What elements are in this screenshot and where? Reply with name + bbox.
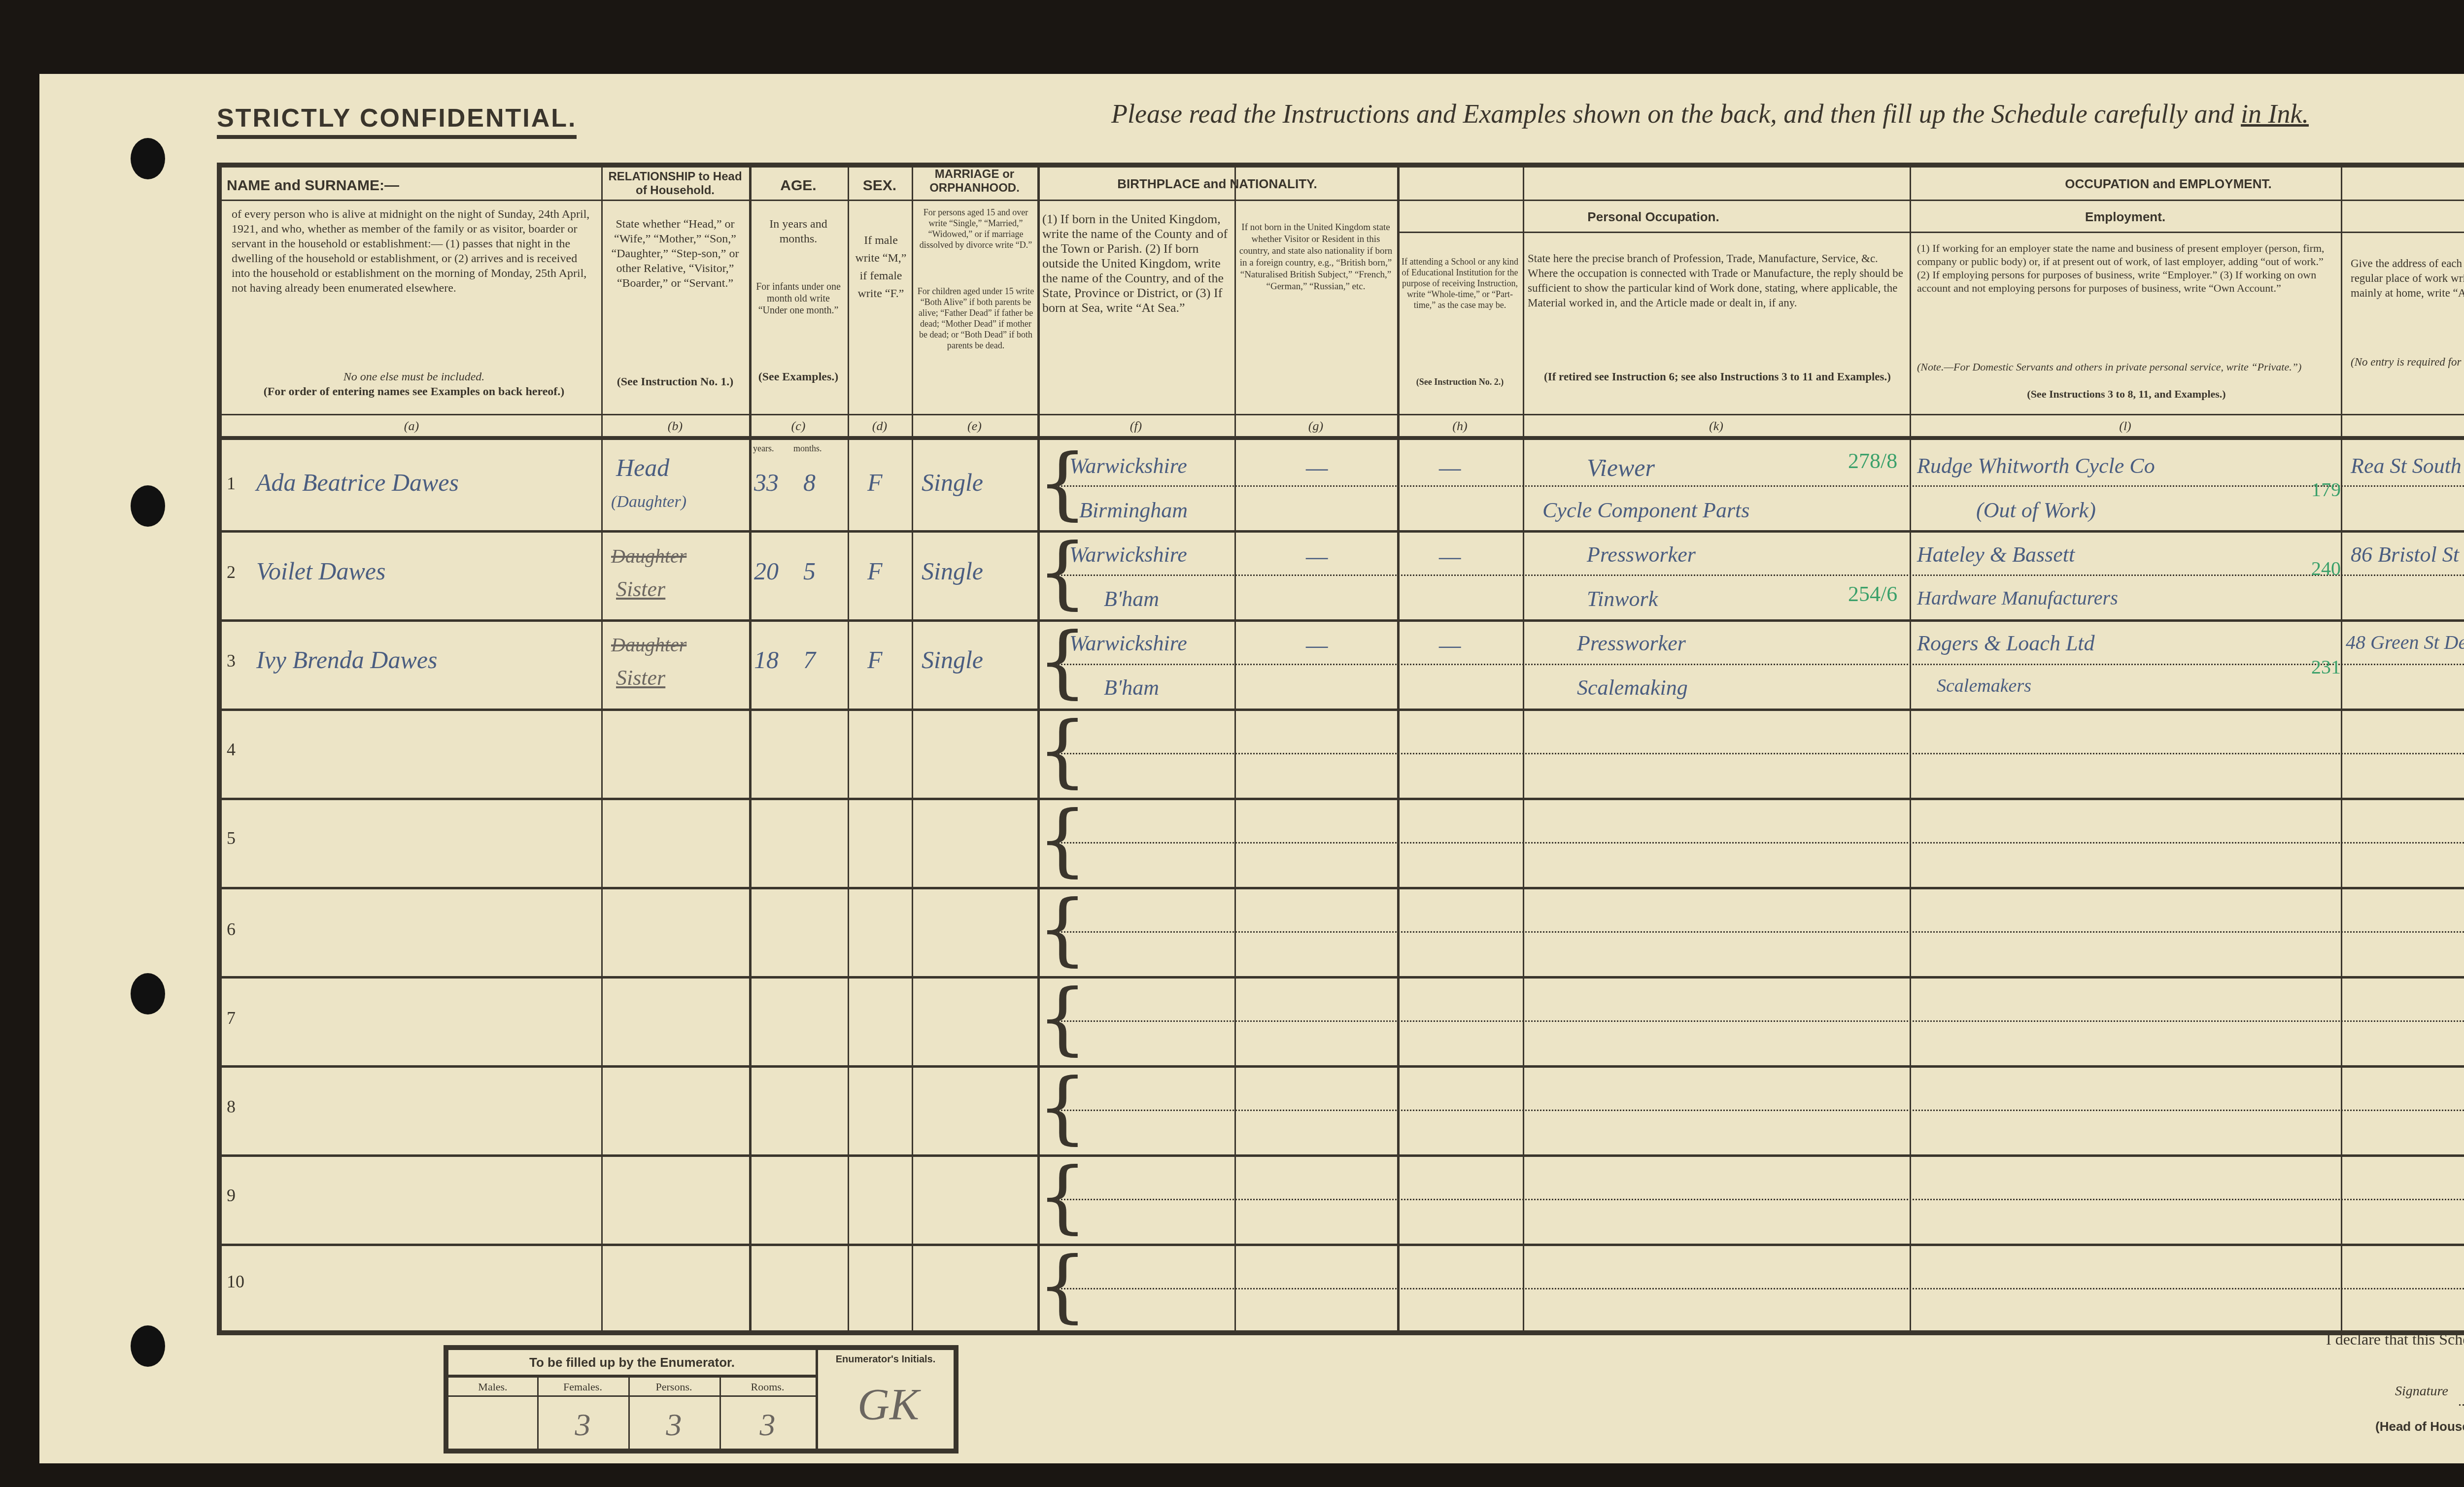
school-column-footer: (See Instruction No. 2.) — [1400, 374, 1520, 389]
initials-label: Enumerator's Initials. — [819, 1354, 952, 1365]
row-number: 10 — [227, 1271, 244, 1292]
personal-occupation-title: Personal Occupation. — [1400, 209, 1907, 225]
occupation-line-1: Viewer — [1587, 453, 1655, 482]
rooms-label: Rooms. — [719, 1381, 816, 1393]
place-of-work-note: (No entry is required for any person who… — [2351, 355, 2464, 370]
personal-occupation-footer: (If retired see Instruction 6; see also … — [1528, 370, 1907, 384]
occupation-code: 278/8 — [1848, 448, 1897, 473]
school-column-instructions: If attending a School or any kind of Edu… — [1400, 256, 1520, 310]
sex-column-instructions: If male write “M,” if female write “F.” — [853, 232, 909, 303]
employment-instructions: (1) If working for an employer state the… — [1917, 241, 2336, 295]
signature-note: (Head of Household, Manager of Establish… — [2375, 1419, 2464, 1434]
sex-value: F — [867, 557, 883, 585]
birthplace-county: Warwickshire — [1069, 631, 1187, 656]
row-number: 2 — [227, 562, 236, 582]
nationality-value: — — [1306, 542, 1328, 571]
employer-line-2: Scalemakers — [1937, 675, 2031, 697]
persons-label: Persons. — [628, 1381, 719, 1393]
birthplace-county: Warwickshire — [1069, 542, 1187, 567]
school-value: — — [1439, 542, 1461, 571]
marital-status: Single — [922, 557, 983, 585]
person-name: Ivy Brenda Dawes — [256, 645, 437, 674]
employment-code: 179 — [2311, 478, 2341, 501]
school-value: — — [1439, 631, 1461, 659]
females-count: 3 — [537, 1407, 628, 1443]
tally-title: To be filled up by the Enumerator. — [448, 1350, 816, 1378]
employment-title: Employment. — [1912, 209, 2338, 225]
sex-value: F — [867, 468, 883, 497]
relationship-column-instructions: State whether “Head,” or “Wife,” “Mother… — [606, 217, 744, 291]
occupation-code: 254/6 — [1848, 581, 1897, 607]
age-column-footer: (See Examples.) — [754, 370, 843, 384]
nationality-value: — — [1306, 453, 1328, 482]
employment-code: 231 — [2311, 655, 2341, 678]
relationship-note: (Daughter) — [611, 493, 686, 511]
place-of-work-instructions: Give the address of each person's place … — [2351, 256, 2464, 301]
occupation-line-2: Tinwork — [1587, 586, 1658, 611]
marital-status: Single — [922, 645, 983, 674]
occupation-line-2: Scalemaking — [1577, 675, 1688, 700]
age-years: 20 — [754, 557, 779, 585]
signature-label: Signature — [2395, 1384, 2448, 1399]
rooms-count: 3 — [719, 1407, 816, 1443]
males-label: Males. — [448, 1381, 537, 1393]
household-schedule-table: NAME and SURNAME:— of every person who i… — [217, 163, 2464, 1335]
row-number: 8 — [227, 1096, 236, 1117]
row-number: 7 — [227, 1008, 236, 1028]
marital-status: Single — [922, 468, 983, 497]
relationship-note: Sister — [616, 665, 665, 690]
confidential-heading: STRICTLY CONFIDENTIAL. — [217, 103, 577, 139]
workplace-line-1: 86 Bristol St — [2351, 542, 2459, 567]
name-column-note: No one else must be included. — [232, 370, 596, 384]
birthplace-county: Warwickshire — [1069, 453, 1187, 478]
age-years: 33 — [754, 468, 779, 497]
place-of-work-title: Place of Work. — [2343, 209, 2464, 225]
row-number: 5 — [227, 828, 236, 848]
persons-count: 3 — [628, 1407, 719, 1443]
school-value: — — [1439, 453, 1461, 482]
punch-hole — [131, 973, 165, 1014]
signature-line — [2459, 1404, 2464, 1406]
occupation-line-2: Cycle Component Parts — [1542, 498, 1749, 523]
row-number: 3 — [227, 650, 236, 671]
marriage-column-note: For children aged under 15 write “Both A… — [917, 286, 1035, 351]
person-name: Ada Beatrice Dawes — [256, 468, 459, 497]
employer-line-2: (Out of Work) — [1976, 498, 2096, 523]
occupation-line-1: Pressworker — [1577, 631, 1686, 656]
workplace-line-1: Rea St South — [2351, 453, 2462, 478]
marriage-column-instructions: For persons aged 15 and over write “Sing… — [917, 207, 1035, 250]
birthplace-column-instructions: (1) If born in the United Kingdom, write… — [1042, 212, 1232, 315]
relationship-note: Sister — [616, 576, 665, 602]
punch-hole — [131, 485, 165, 527]
employer-line-2: Hardware Manufacturers — [1917, 586, 2118, 609]
row-number: 1 — [227, 473, 236, 494]
employment-note: (Note.—For Domestic Servants and others … — [1917, 360, 2336, 374]
person-name: Voilet Dawes — [256, 557, 385, 585]
relationship-value: Daughter — [611, 544, 686, 568]
birthplace-town: B'ham — [1104, 675, 1159, 700]
age-months: 5 — [803, 557, 816, 585]
employer-line-1: Rudge Whitworth Cycle Co — [1917, 453, 2155, 478]
row-number: 4 — [227, 739, 236, 760]
birthplace-column-title: BIRTHPLACE and NATIONALITY. — [1040, 176, 1395, 192]
employment-code: 240 — [2311, 557, 2341, 580]
enumerator-tally-box: To be filled up by the Enumerator. Males… — [444, 1345, 958, 1453]
employer-line-1: Hateley & Bassett — [1917, 542, 2075, 567]
nationality-column-instructions: If not born in the United Kingdom state … — [1237, 222, 1395, 293]
employer-line-1: Rogers & Loach Ltd — [1917, 631, 2095, 656]
punch-hole — [131, 1325, 165, 1367]
employment-footer: (See Instructions 3 to 8, 11, and Exampl… — [1917, 387, 2336, 402]
sex-value: F — [867, 645, 883, 674]
declaration-text: I declare that this Schedule is correctl… — [2326, 1330, 2464, 1349]
nationality-value: — — [1306, 631, 1328, 659]
relationship-value: Daughter — [611, 633, 686, 656]
workplace-line-1: 48 Green St Deritend — [2346, 631, 2464, 654]
name-column-footer: (For order of entering names see Example… — [232, 384, 596, 399]
birthplace-town: Birmingham — [1079, 498, 1188, 523]
relationship-value: Head — [616, 453, 669, 482]
instruction-line: Please read the Instructions and Example… — [1111, 99, 2309, 129]
age-years: 18 — [754, 645, 779, 674]
sex-column-title: SEX. — [850, 177, 909, 194]
females-label: Females. — [537, 1381, 628, 1393]
row-number: 9 — [227, 1185, 236, 1206]
enumerator-initials: GK — [857, 1380, 919, 1430]
punch-hole — [131, 138, 165, 179]
age-column-instructions: In years and months. — [754, 217, 843, 246]
age-column-title: AGE. — [752, 177, 845, 194]
name-column-title: NAME and SURNAME:— — [227, 177, 424, 194]
name-column-instructions: of every person who is alive at midnight… — [232, 207, 596, 296]
relationship-column-footer: (See Instruction No. 1.) — [606, 374, 744, 389]
personal-occupation-instructions: State here the precise branch of Profess… — [1528, 251, 1907, 310]
birthplace-town: B'ham — [1104, 586, 1159, 611]
row-number: 6 — [227, 919, 236, 940]
occupation-column-title: OCCUPATION and EMPLOYMENT. — [1947, 176, 2390, 192]
age-months: 7 — [803, 645, 816, 674]
occupation-line-1: Pressworker — [1587, 542, 1696, 567]
marriage-column-title: MARRIAGE or ORPHANHOOD. — [914, 168, 1035, 195]
age-column-note: For infants under one month old write “U… — [754, 281, 843, 316]
age-months: 8 — [803, 468, 816, 497]
relationship-column-title: RELATIONSHIP to Head of Household. — [604, 170, 747, 198]
